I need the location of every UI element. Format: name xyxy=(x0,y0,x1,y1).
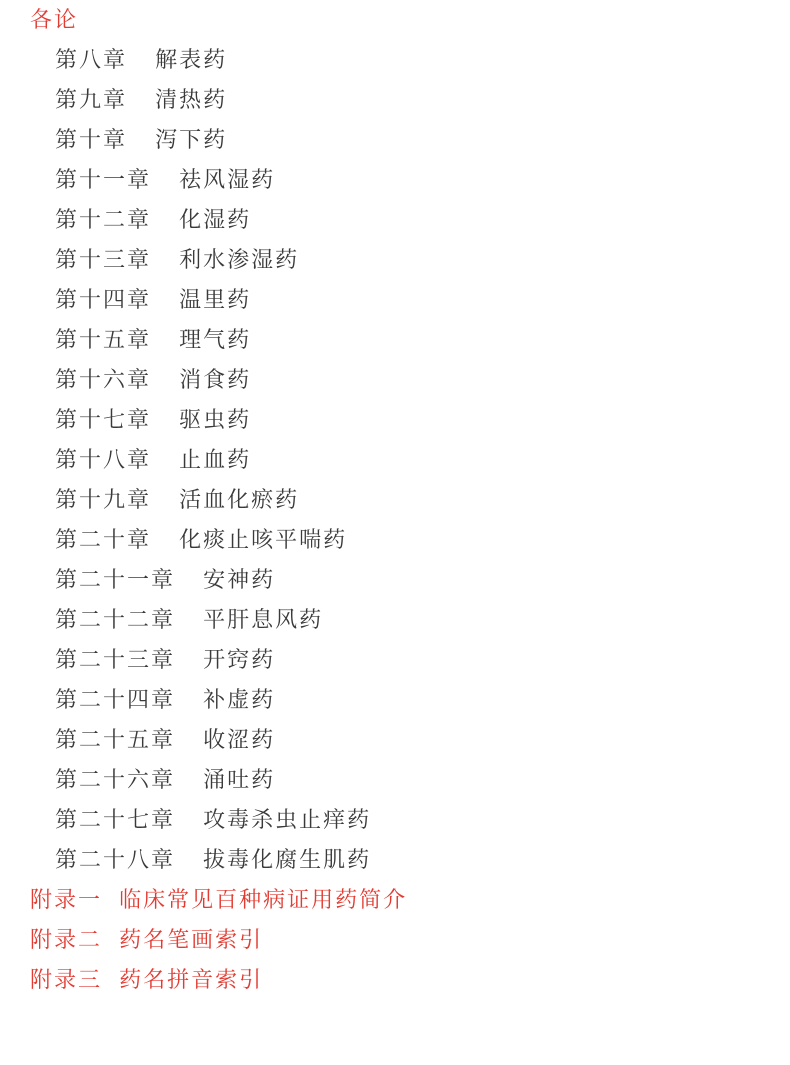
chapter-number: 第八章 xyxy=(55,40,127,80)
appendix-title: 药名拼音索引 xyxy=(119,960,263,1000)
chapter-title: 平肝息风药 xyxy=(203,600,323,640)
toc-chapter-item[interactable]: 第二十二章 平肝息风药 xyxy=(30,600,790,640)
chapter-number: 第二十五章 xyxy=(55,720,175,760)
chapter-number: 第十七章 xyxy=(55,400,151,440)
chapter-number: 第十五章 xyxy=(55,320,151,360)
chapter-number: 第十八章 xyxy=(55,440,151,480)
toc-chapter-item[interactable]: 第十六章 消食药 xyxy=(30,360,790,400)
chapter-number: 第十章 xyxy=(55,120,127,160)
toc-chapter-item[interactable]: 第十九章 活血化瘀药 xyxy=(30,480,790,520)
toc-chapter-item[interactable]: 第二十五章 收涩药 xyxy=(30,720,790,760)
chapter-title: 收涩药 xyxy=(203,720,275,760)
chapter-title: 开窍药 xyxy=(203,640,275,680)
toc-chapter-item[interactable]: 第十三章 利水渗湿药 xyxy=(30,240,790,280)
chapter-title: 补虚药 xyxy=(203,680,275,720)
section-title: 各论 xyxy=(30,0,790,40)
chapter-list: 第八章 解表药 第九章 清热药 第十章 泻下药 第十一章 祛风湿药 第十二章 化… xyxy=(30,40,790,880)
table-of-contents: 各论 第八章 解表药 第九章 清热药 第十章 泻下药 第十一章 祛风湿药 第十二… xyxy=(0,0,790,1000)
chapter-title: 攻毒杀虫止痒药 xyxy=(203,800,371,840)
chapter-title: 安神药 xyxy=(203,560,275,600)
chapter-title: 驱虫药 xyxy=(179,400,251,440)
toc-appendix-item[interactable]: 附录三 药名拼音索引 xyxy=(30,960,790,1000)
appendix-label: 附录三 xyxy=(30,967,102,992)
chapter-title: 利水渗湿药 xyxy=(179,240,299,280)
toc-chapter-item[interactable]: 第九章 清热药 xyxy=(30,80,790,120)
appendix-list: 附录一 临床常见百种病证用药简介 附录二 药名笔画索引 附录三 药名拼音索引 xyxy=(30,880,790,1000)
chapter-title: 化湿药 xyxy=(179,200,251,240)
appendix-label: 附录一 xyxy=(30,887,102,912)
chapter-title: 温里药 xyxy=(179,280,251,320)
chapter-title: 化痰止咳平喘药 xyxy=(179,520,347,560)
chapter-title: 止血药 xyxy=(179,440,251,480)
chapter-number: 第二十一章 xyxy=(55,560,175,600)
chapter-number: 第二十三章 xyxy=(55,640,175,680)
chapter-title: 活血化瘀药 xyxy=(179,480,299,520)
toc-chapter-item[interactable]: 第十八章 止血药 xyxy=(30,440,790,480)
toc-chapter-item[interactable]: 第十五章 理气药 xyxy=(30,320,790,360)
appendix-title: 药名笔画索引 xyxy=(119,920,263,960)
chapter-number: 第二十二章 xyxy=(55,600,175,640)
chapter-number: 第十六章 xyxy=(55,360,151,400)
toc-chapter-item[interactable]: 第二十四章 补虚药 xyxy=(30,680,790,720)
chapter-number: 第二十四章 xyxy=(55,680,175,720)
chapter-number: 第十二章 xyxy=(55,200,151,240)
chapter-number: 第二十六章 xyxy=(55,760,175,800)
toc-chapter-item[interactable]: 第十一章 祛风湿药 xyxy=(30,160,790,200)
appendix-label: 附录二 xyxy=(30,927,102,952)
chapter-title: 理气药 xyxy=(179,320,251,360)
chapter-number: 第二十章 xyxy=(55,520,151,560)
toc-chapter-item[interactable]: 第十七章 驱虫药 xyxy=(30,400,790,440)
toc-chapter-item[interactable]: 第二十六章 涌吐药 xyxy=(30,760,790,800)
chapter-number: 第十一章 xyxy=(55,160,151,200)
chapter-title: 拔毒化腐生肌药 xyxy=(203,840,371,880)
toc-appendix-item[interactable]: 附录二 药名笔画索引 xyxy=(30,920,790,960)
toc-chapter-item[interactable]: 第十二章 化湿药 xyxy=(30,200,790,240)
toc-chapter-item[interactable]: 第二十七章 攻毒杀虫止痒药 xyxy=(30,800,790,840)
toc-chapter-item[interactable]: 第十章 泻下药 xyxy=(30,120,790,160)
toc-chapter-item[interactable]: 第十四章 温里药 xyxy=(30,280,790,320)
chapter-number: 第十三章 xyxy=(55,240,151,280)
toc-appendix-item[interactable]: 附录一 临床常见百种病证用药简介 xyxy=(30,880,790,920)
chapter-number: 第十四章 xyxy=(55,280,151,320)
chapter-title: 消食药 xyxy=(179,360,251,400)
toc-chapter-item[interactable]: 第八章 解表药 xyxy=(30,40,790,80)
chapter-title: 泻下药 xyxy=(155,120,227,160)
toc-chapter-item[interactable]: 第二十章 化痰止咳平喘药 xyxy=(30,520,790,560)
toc-chapter-item[interactable]: 第二十一章 安神药 xyxy=(30,560,790,600)
chapter-number: 第二十八章 xyxy=(55,840,175,880)
toc-chapter-item[interactable]: 第二十三章 开窍药 xyxy=(30,640,790,680)
chapter-number: 第二十七章 xyxy=(55,800,175,840)
chapter-title: 祛风湿药 xyxy=(179,160,275,200)
chapter-title: 涌吐药 xyxy=(203,760,275,800)
chapter-title: 解表药 xyxy=(155,40,227,80)
chapter-number: 第九章 xyxy=(55,80,127,120)
chapter-number: 第十九章 xyxy=(55,480,151,520)
appendix-title: 临床常见百种病证用药简介 xyxy=(119,880,407,920)
chapter-title: 清热药 xyxy=(155,80,227,120)
toc-chapter-item[interactable]: 第二十八章 拔毒化腐生肌药 xyxy=(30,840,790,880)
